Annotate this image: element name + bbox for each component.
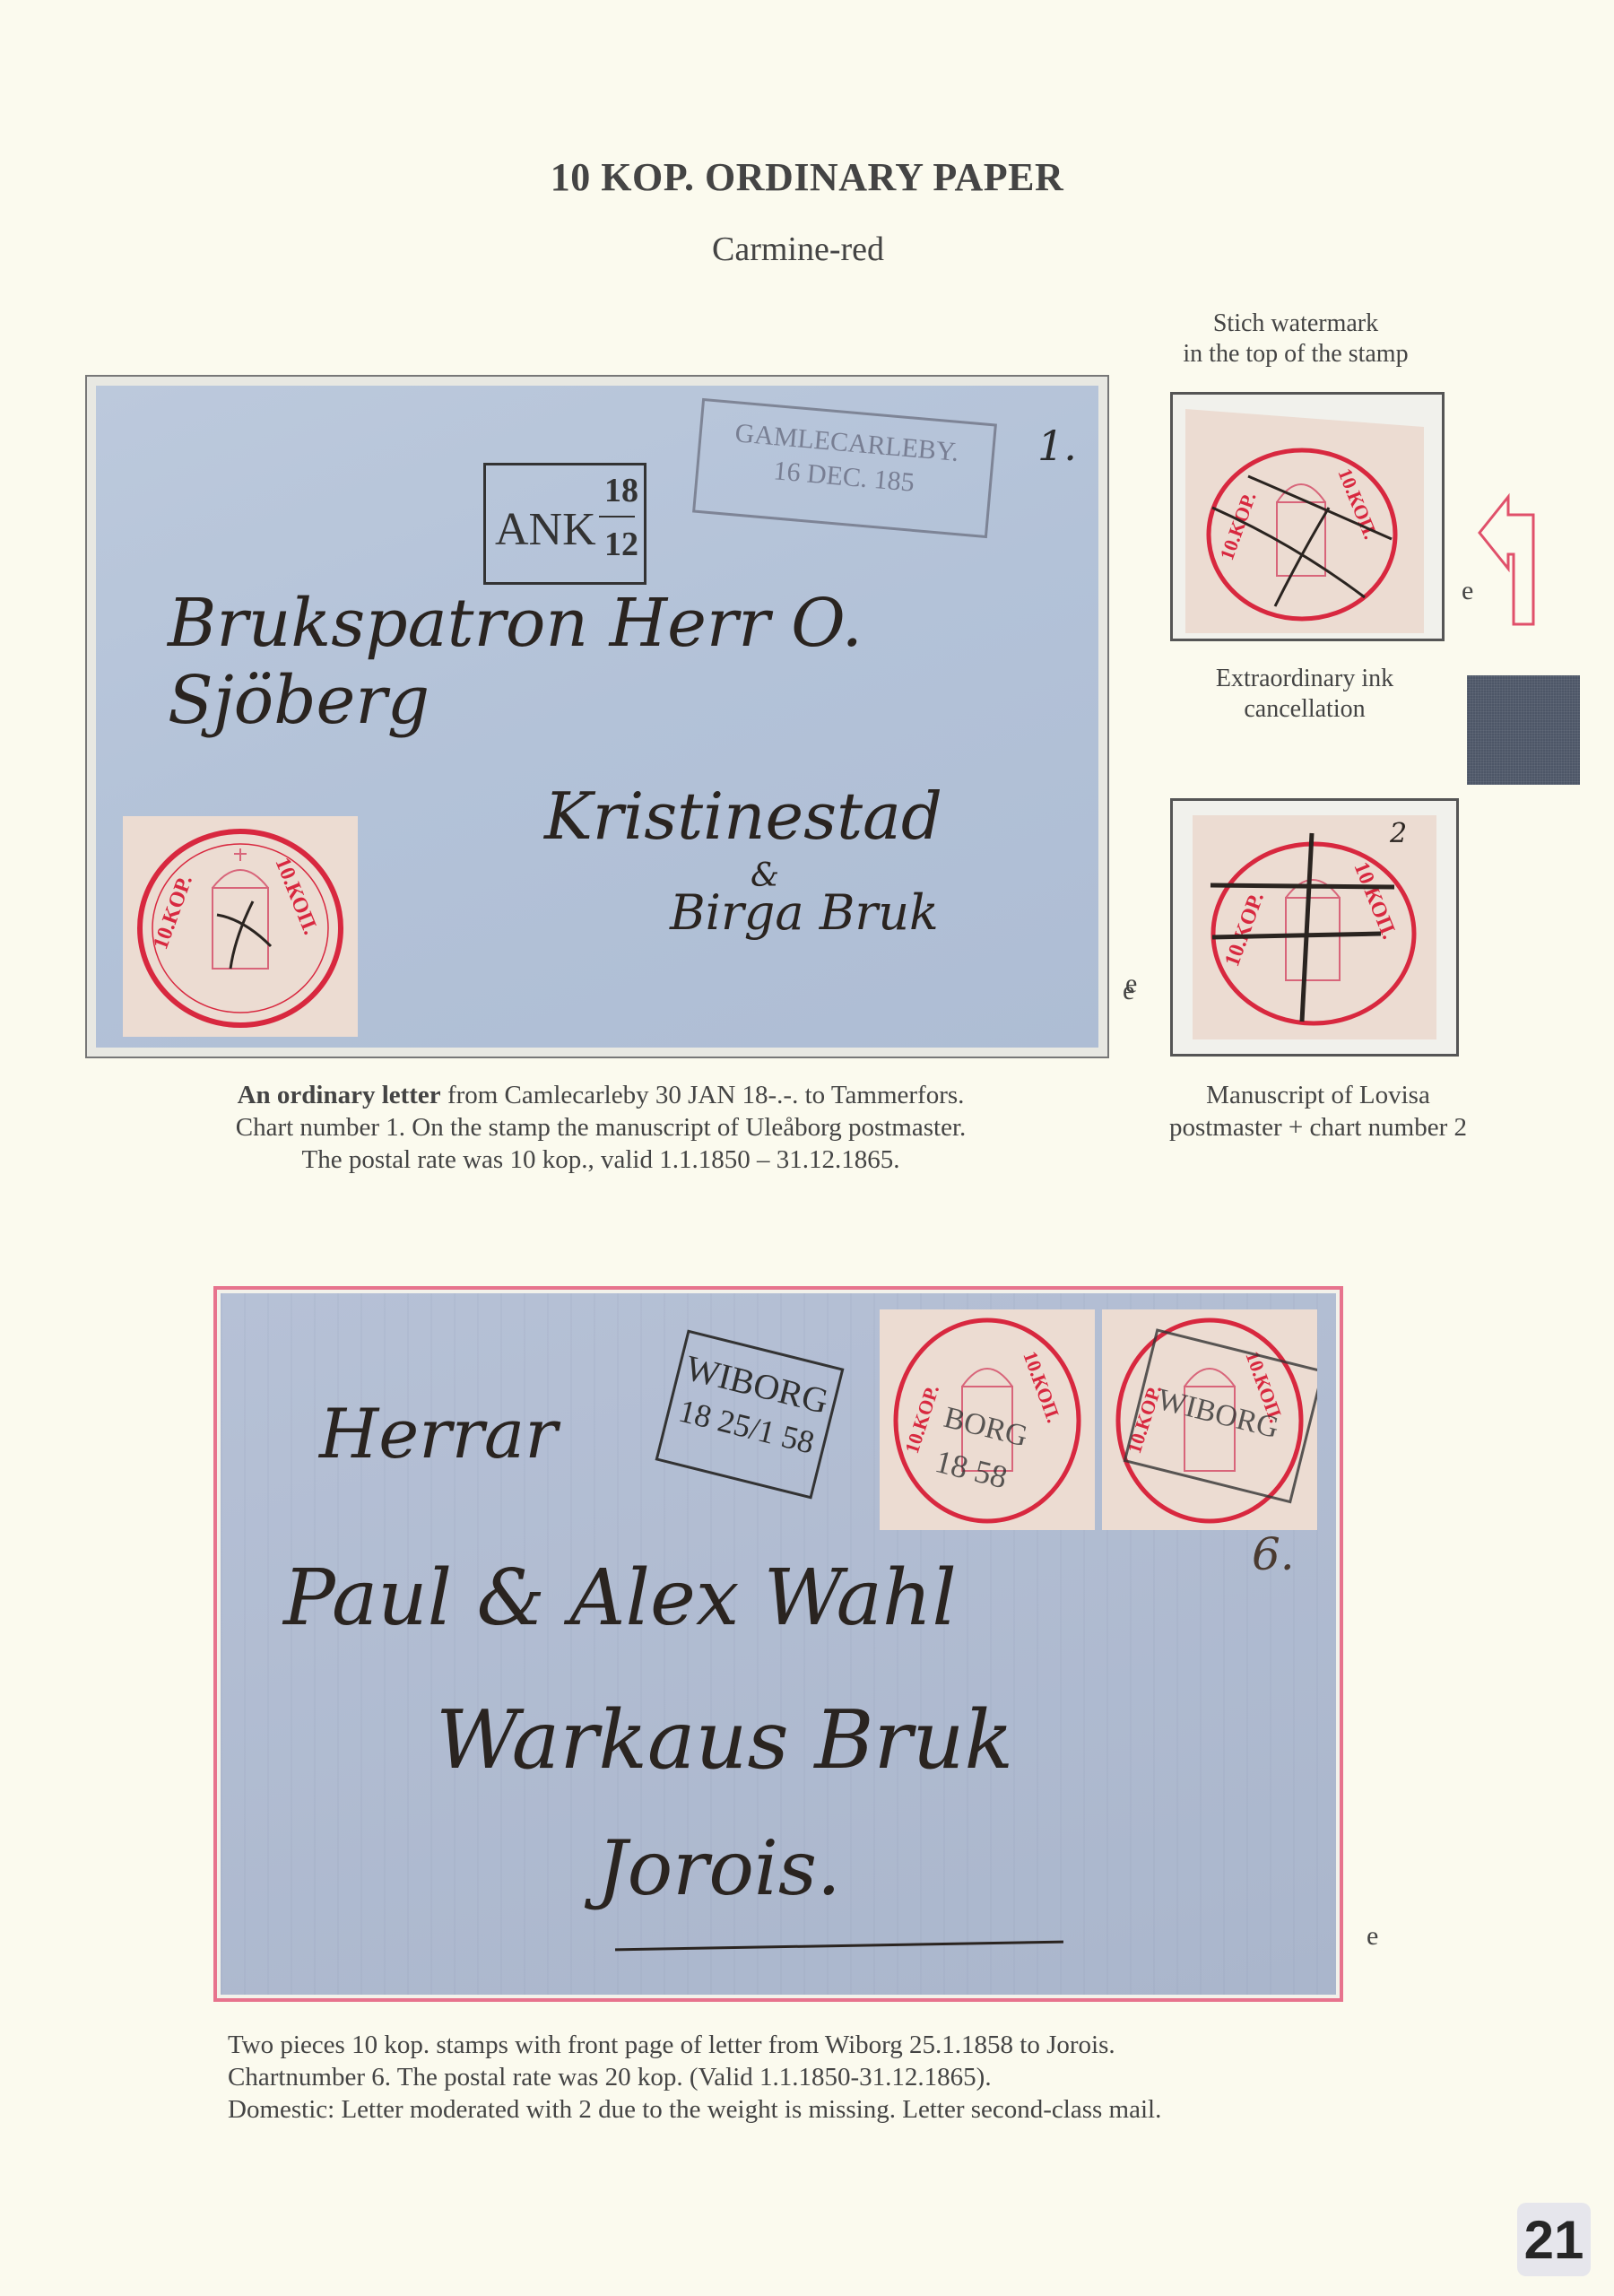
- cover1-address-line1: Brukspatron Herr O. Sjöberg: [168, 585, 1098, 739]
- cover1-address-line2: Kristinestad: [544, 778, 942, 854]
- coat-of-arms-stamp-icon: 10.KOP. 10.КОП.: [1185, 409, 1424, 633]
- cover2-address-line2: Paul & Alex Wahl: [283, 1553, 957, 1643]
- cover2-envelope: WIBORG 18 25/1 58 10.KOP. 10.КОП. 18 58 …: [221, 1293, 1336, 1995]
- side-stamp2-caption: Manuscript of Lovisa postmaster + chart …: [1130, 1079, 1506, 1144]
- cover1-departure-postmark: GAMLECARLEBY. 16 DEC. 185: [692, 398, 997, 538]
- cover2-rate-mark: 6.: [1252, 1528, 1295, 1580]
- cover2-stamp-2: 10.KOP. 10.КОП. WIBORG: [1102, 1309, 1317, 1530]
- cover2-mount: WIBORG 18 25/1 58 10.KOP. 10.КОП. 18 58 …: [213, 1286, 1343, 2002]
- cover1-address-line4: Birga Bruk: [670, 884, 939, 941]
- ink-color-swatch: [1467, 675, 1580, 785]
- coat-of-arms-stamp-icon: 10.KOP. 10.КОП. 2: [1193, 815, 1436, 1039]
- page-subtitle: Carmine-red: [0, 230, 1596, 269]
- side-stamp2-grade: e: [1123, 976, 1134, 1006]
- side-stamp1-mount: 10.KOP. 10.КОП.: [1170, 392, 1445, 641]
- svg-text:10.КОП.: 10.КОП.: [1349, 859, 1401, 943]
- coat-of-arms-stamp-icon: 10.KOP. 10.КОП. WIBORG: [1102, 1309, 1317, 1530]
- svg-text:2: 2: [1389, 818, 1407, 849]
- page-title: 10 KOP. ORDINARY PAPER: [0, 154, 1614, 200]
- side-stamp2-mount: 10.KOP. 10.КОП. 2: [1170, 798, 1459, 1057]
- cover2-underline: [615, 1941, 1063, 1952]
- page-number: 21: [1517, 2203, 1591, 2276]
- cover1-chart-mark: 1.: [1037, 422, 1077, 470]
- cover2-caption: Two pieces 10 kop. stamps with front pag…: [228, 2029, 1393, 2126]
- side-stamp1-note: Stich watermark in the top of the stamp: [1148, 309, 1444, 370]
- coat-of-arms-stamp-icon: 10.KOP. 10.КОП. 18 58 BORG: [880, 1309, 1095, 1530]
- cover1-mount: ANK 18 12 GAMLECARLEBY. 16 DEC. 185 1. B…: [85, 375, 1109, 1058]
- cover2-address-line3: Warkaus Bruk: [436, 1693, 1013, 1787]
- side-stamp2: 10.KOP. 10.КОП. 2: [1193, 815, 1436, 1039]
- cover2-stamp-1: 10.KOP. 10.КОП. 18 58 BORG: [880, 1309, 1095, 1530]
- cover2-address-line4: Jorois.: [597, 1824, 841, 1912]
- svg-text:10.KOP.: 10.KOP.: [1220, 890, 1269, 970]
- cover1-caption: An ordinary letter from Camlecarleby 30 …: [134, 1079, 1067, 1176]
- arrow-up-left-icon: [1476, 491, 1539, 626]
- side-stamp1: 10.KOP. 10.КОП.: [1185, 409, 1424, 633]
- cover1-arrival-cancel: ANK 18 12: [483, 463, 646, 585]
- cover2-grade: e: [1367, 1921, 1378, 1952]
- cover2-address-line1: Herrar: [319, 1394, 558, 1474]
- svg-text:10.KOP.: 10.KOP.: [149, 873, 197, 953]
- cover1-stamp: 10.KOP. 10.КОП.: [123, 816, 358, 1037]
- cover1-envelope: ANK 18 12 GAMLECARLEBY. 16 DEC. 185 1. B…: [96, 386, 1098, 1048]
- side-stamp1-grade: e: [1462, 576, 1473, 606]
- side-stamp2-note: Extraordinary ink cancellation: [1148, 664, 1462, 725]
- cover1-caption-bold: An ordinary letter: [238, 1081, 441, 1109]
- svg-text:10.KOP.: 10.KOP.: [900, 1382, 943, 1457]
- coat-of-arms-stamp-icon: 10.KOP. 10.КОП.: [123, 816, 358, 1037]
- cover2-postmark: WIBORG 18 25/1 58: [655, 1329, 845, 1499]
- svg-text:18 58: 18 58: [932, 1443, 1011, 1495]
